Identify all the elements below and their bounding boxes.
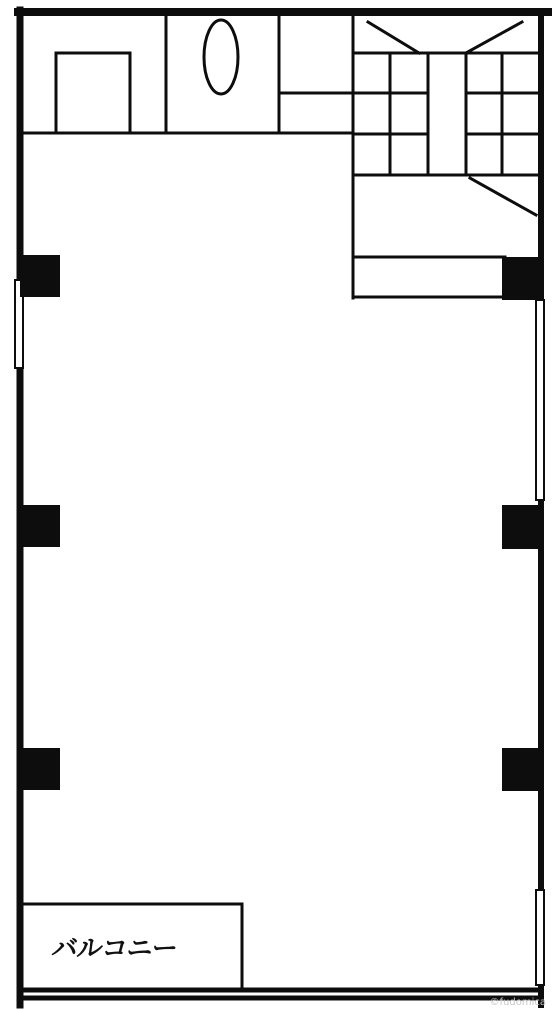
floor-plan-drawing — [0, 0, 554, 1010]
top-rooms — [20, 12, 352, 133]
watermark: ©fudomica — [490, 997, 546, 1008]
outer-walls — [18, 10, 548, 1005]
toilet-bowl — [204, 20, 238, 94]
toilet-fixture-box — [56, 53, 130, 133]
columns — [20, 255, 544, 791]
balcony-label: バルコニー — [50, 928, 179, 965]
windows — [15, 280, 544, 985]
stairs — [353, 12, 541, 298]
